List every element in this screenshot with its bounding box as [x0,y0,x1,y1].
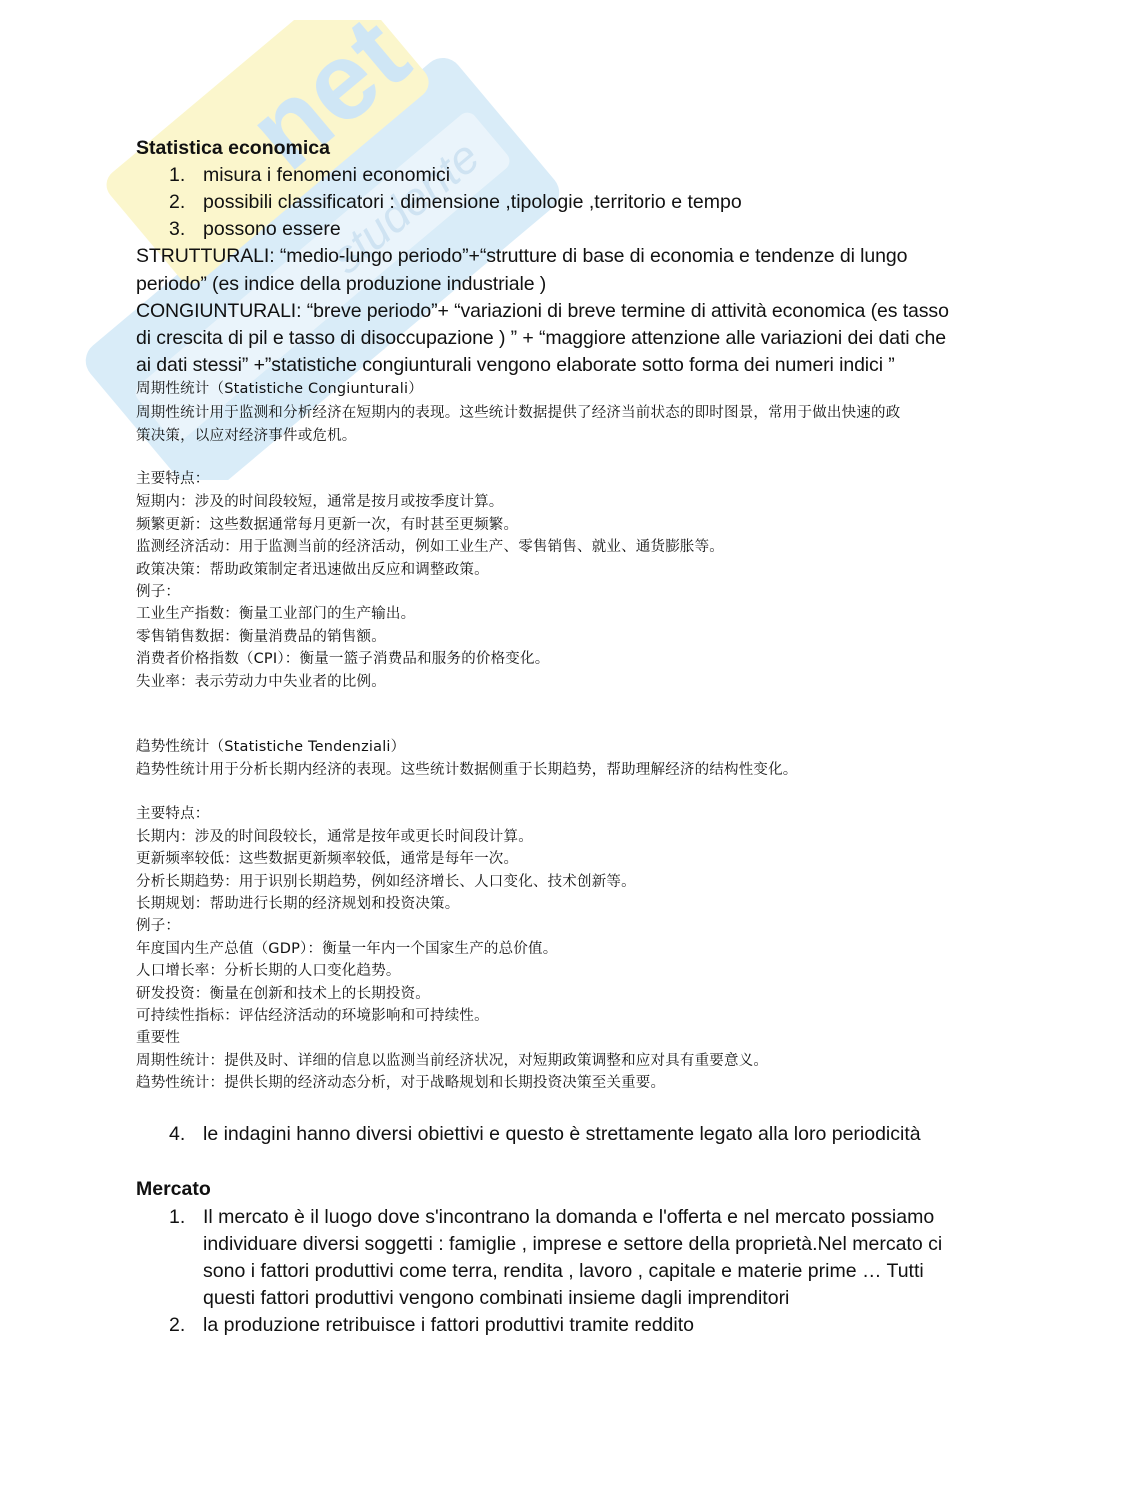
importance-label: 重要性 [136,1027,180,1049]
cyclical-stats-desc: 周期性统计用于监测和分析经济在短期内的表现。这些统计数据提供了经济当前状态的即时… [136,402,900,424]
list-number: 2. [169,1312,199,1338]
list-text: questi fattori produttivi vengono combin… [203,1285,789,1311]
document-page: Statistica economica 1. misura i fenomen… [0,0,1148,1485]
list-text: le indagini hanno diversi obiettivi e qu… [203,1121,921,1147]
feature-item: 长期规划：帮助进行长期的经济规划和投资决策。 [136,893,459,915]
list-number: 4. [169,1121,199,1147]
list-text: possibili classificatori : dimensione ,t… [203,189,742,215]
feature-item: 更新频率较低：这些数据更新频率较低，通常是每年一次。 [136,848,518,870]
paragraph-line: STRUTTURALI: “medio-lungo periodo”+“stru… [136,243,907,269]
example-item: 年度国内生产总值（GDP）：衡量一年内一个国家生产的总价值。 [136,938,557,960]
examples-label: 例子： [136,915,180,937]
importance-item: 周期性统计：提供及时、详细的信息以监测当前经济状况，对短期政策调整和应对具有重要… [136,1050,768,1072]
example-item: 研发投资：衡量在创新和技术上的长期投资。 [136,983,430,1005]
feature-item: 监测经济活动：用于监测当前的经济活动，例如工业生产、零售销售、就业、通货膨胀等。 [136,536,724,558]
list-number: 1. [169,162,199,188]
list-number: 3. [169,216,199,242]
list-number: 1. [169,1204,199,1230]
feature-item: 频繁更新：这些数据通常每月更新一次，有时甚至更频繁。 [136,514,518,536]
features-label: 主要特点： [136,468,210,490]
example-item: 零售销售数据：衡量消费品的销售额。 [136,626,386,648]
trend-stats-desc: 趋势性统计用于分析长期内经济的表现。这些统计数据侧重于长期趋势，帮助理解经济的结… [136,759,798,781]
importance-item: 趋势性统计：提供长期的经济动态分析，对于战略规划和长期投资决策至关重要。 [136,1072,665,1094]
list-text: Il mercato è il luogo dove s'incontrano … [203,1204,934,1230]
cyclical-stats-desc: 策决策，以应对经济事件或危机。 [136,425,357,447]
list-text: individuare diversi soggetti : famiglie … [203,1231,942,1257]
feature-item: 短期内：涉及的时间段较短，通常是按月或按季度计算。 [136,491,504,513]
features-label: 主要特点： [136,803,210,825]
cyclical-stats-title: 周期性统计（Statistiche Congiunturali） [136,378,423,400]
feature-item: 政策决策：帮助政策制定者迅速做出反应和调整政策。 [136,559,489,581]
trend-stats-title: 趋势性统计（Statistiche Tendenziali） [136,736,405,758]
section-title-statistica-economica: Statistica economica [136,135,330,161]
section-title-mercato: Mercato [136,1176,211,1202]
list-text: possono essere [203,216,341,242]
example-item: 可持续性指标：评估经济活动的环境影响和可持续性。 [136,1005,489,1027]
feature-item: 长期内：涉及的时间段较长，通常是按年或更长时间段计算。 [136,826,533,848]
examples-label: 例子： [136,581,180,603]
feature-item: 分析长期趋势：用于识别长期趋势，例如经济增长、人口变化、技术创新等。 [136,871,636,893]
paragraph-line: periodo” (es indice della produzione ind… [136,271,546,297]
list-text: la produzione retribuisce i fattori prod… [203,1312,694,1338]
list-number: 2. [169,189,199,215]
example-item: 失业率：表示劳动力中失业者的比例。 [136,671,386,693]
paragraph-line: CONGIUNTURALI: “breve periodo”+ “variazi… [136,298,949,324]
list-text: misura i fenomeni economici [203,162,450,188]
example-item: 工业生产指数：衡量工业部门的生产输出。 [136,603,415,625]
list-text: sono i fattori produttivi come terra, re… [203,1258,924,1284]
paragraph-line: di crescita di pil e tasso di disoccupaz… [136,325,946,351]
paragraph-line: ai dati stessi” +”statistiche congiuntur… [136,352,895,378]
example-item: 消费者价格指数（CPI）：衡量一篮子消费品和服务的价格变化。 [136,648,549,670]
example-item: 人口增长率：分析长期的人口变化趋势。 [136,960,401,982]
